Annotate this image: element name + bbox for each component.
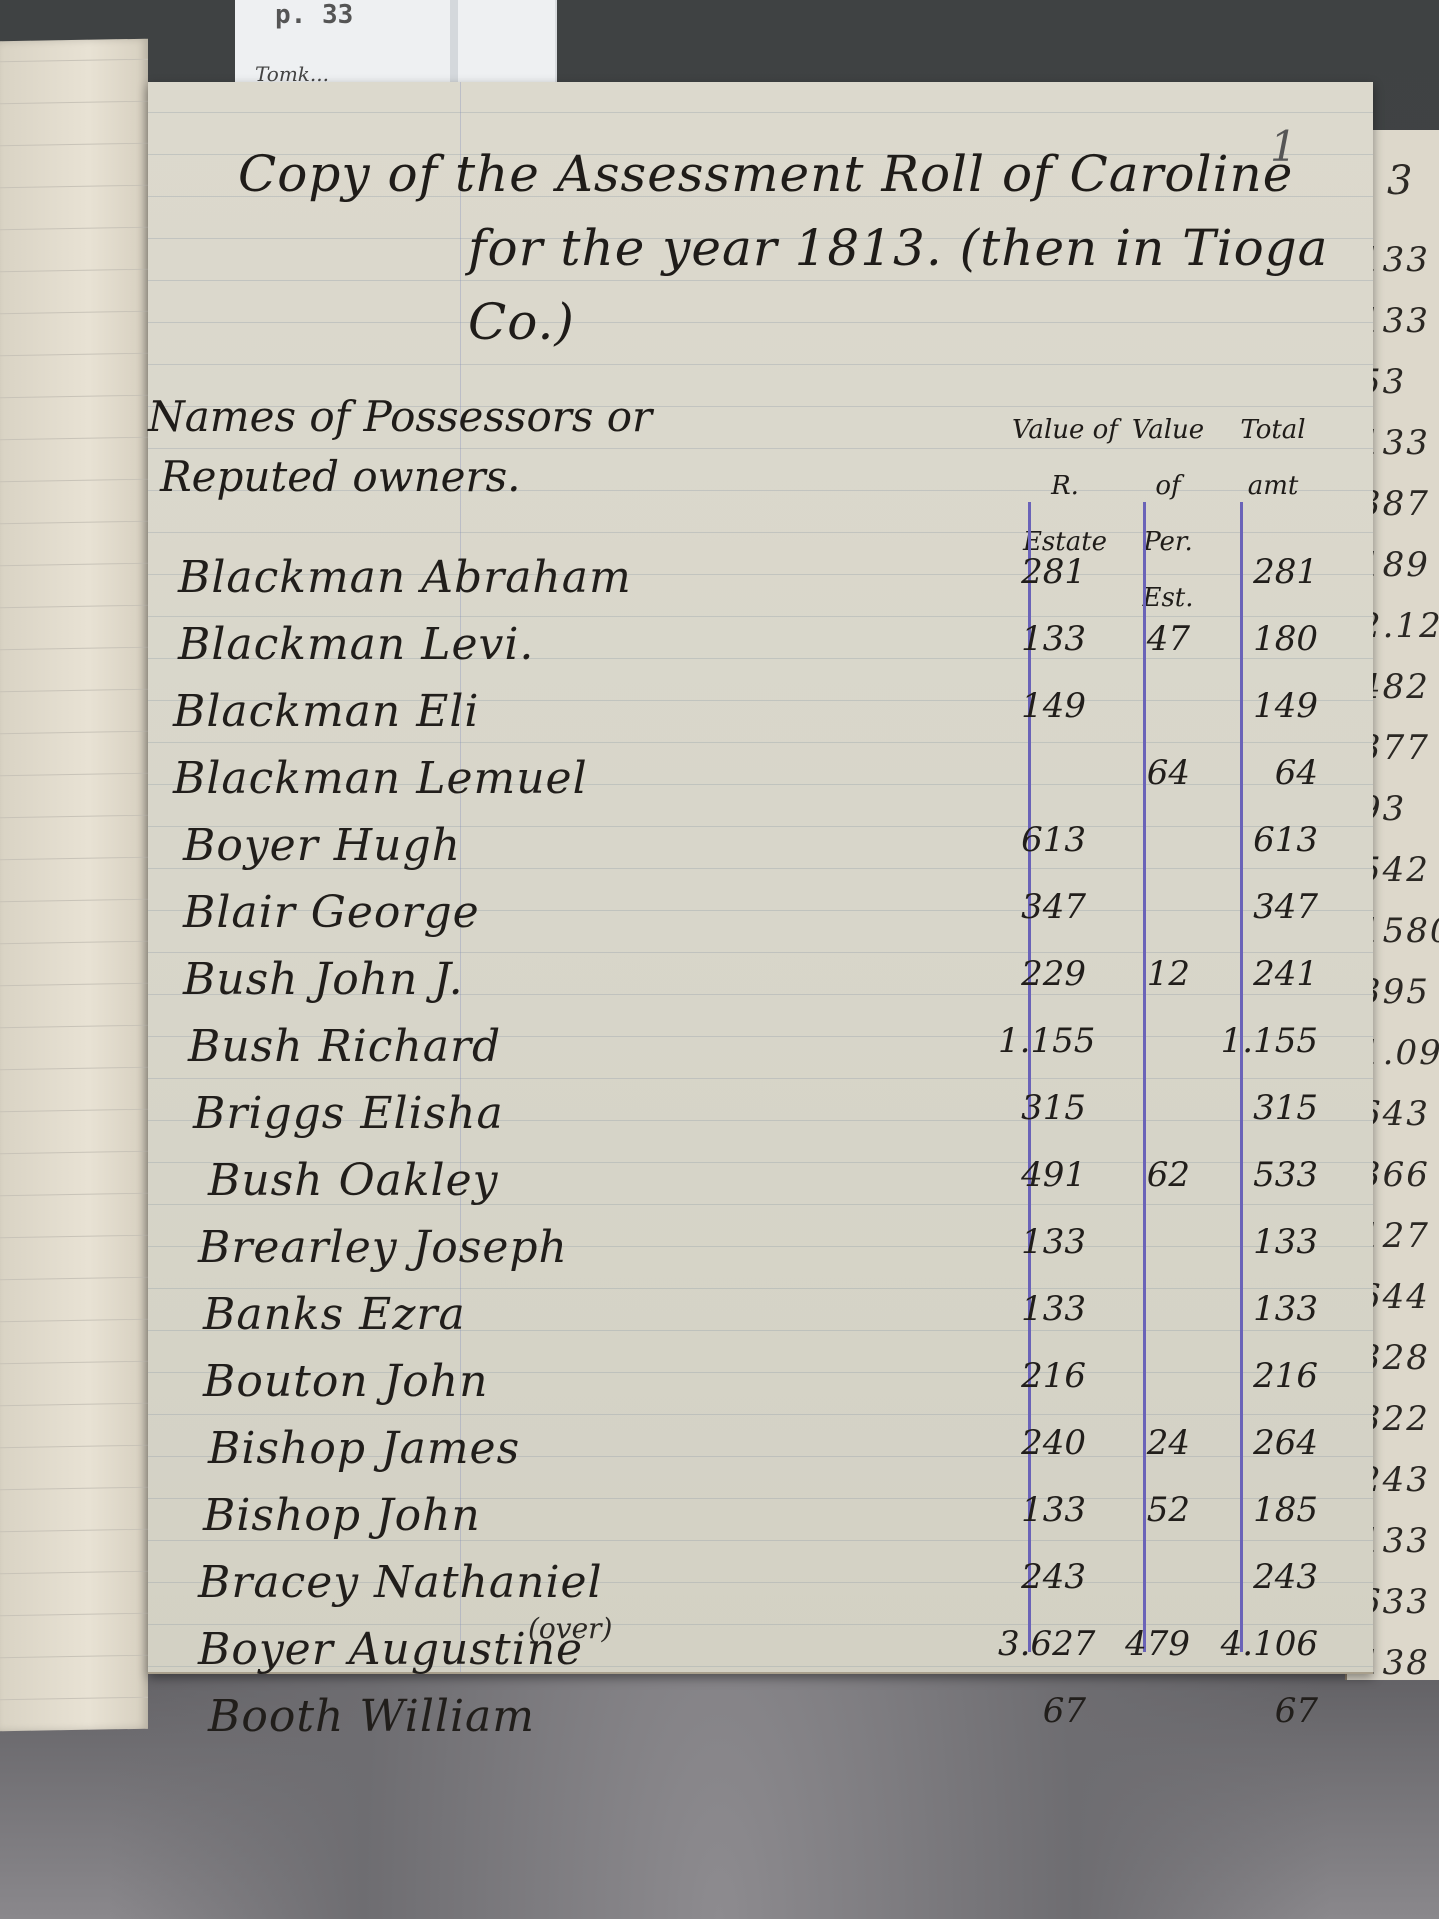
ruled-line [148,364,1373,365]
ruled-line [0,689,148,693]
owner-name: Bouton John [203,1356,488,1407]
personal-estate-value: 64 [1108,753,1190,793]
ruled-line [0,1067,148,1071]
total-amount: 133 [1208,1222,1318,1262]
real-estate-value: 240 [998,1423,1086,1463]
real-estate-value: 216 [998,1356,1086,1396]
table-row: Boyer Hugh613613 [148,820,1373,886]
real-estate-value: 229 [998,954,1086,994]
total-header-line-1: Total [1228,402,1318,458]
ruled-line [0,647,148,651]
owner-name: Booth William [208,1691,535,1742]
ruled-line [0,143,148,147]
total-amount: 67 [1208,1691,1318,1731]
owner-name: Boyer Hugh [183,820,461,871]
ruled-line [0,269,148,273]
real-estate-value: 67 [998,1691,1086,1731]
owner-name: Blackman Abraham [178,552,632,603]
real-estate-value: 133 [998,1289,1086,1329]
left-facing-page [0,39,148,1732]
total-amount: 281 [1208,552,1318,592]
total-amount: 4.106 [1208,1624,1318,1664]
owner-name: Bracey Nathaniel [198,1557,603,1608]
total-amount: 613 [1208,820,1318,860]
personal-estate-value: 62 [1108,1155,1190,1195]
ruled-line [0,1277,148,1281]
total-amount: 64 [1208,753,1318,793]
real-estate-value: 1.155 [998,1021,1086,1061]
ruled-line [0,1529,148,1533]
ruled-line [0,1361,148,1365]
ruled-line [0,983,148,987]
real-estate-header-line-1: Value of [1010,402,1120,458]
tab-reference-text: p. 33 [275,0,353,30]
names-header-line-2: Reputed owners. [148,447,652,507]
real-estate-value: 315 [998,1088,1086,1128]
names-column-header: Names of Possessors or Reputed owners. [148,387,652,507]
table-row: Blackman Eli149149 [148,686,1373,752]
table-row: Bush John J.22912241 [148,954,1373,1020]
over-note: (over) [528,1612,612,1645]
table-row: Briggs Elisha315315 [148,1088,1373,1154]
ruled-line [0,353,148,357]
owner-name: Boyer Augustine [198,1624,583,1675]
ruled-line [0,1235,148,1239]
total-amount: 533 [1208,1155,1318,1195]
personal-estate-value: 24 [1108,1423,1190,1463]
total-amount: 264 [1208,1423,1318,1463]
ruled-line [148,112,1373,113]
ruled-line [0,479,148,483]
ruled-line [0,1655,148,1659]
owner-name: Bishop John [203,1490,481,1541]
ruled-line [0,563,148,567]
owner-name: Briggs Elisha [193,1088,504,1139]
ruled-line [0,1571,148,1575]
ruled-line [0,1445,148,1449]
table-row: Banks Ezra133133 [148,1289,1373,1355]
table-row: Blackman Lemuel6464 [148,753,1373,819]
ruled-line [0,1193,148,1197]
table-row: Bishop John13352185 [148,1490,1373,1556]
total-amount: 347 [1208,887,1318,927]
ruled-line [0,311,148,315]
table-row: Blackman Abraham281281 [148,552,1373,618]
owner-name: Bishop James [208,1423,520,1474]
total-amount: 133 [1208,1289,1318,1329]
real-estate-value: 133 [998,619,1086,659]
ruled-line [0,899,148,903]
total-amount: 243 [1208,1557,1318,1597]
table-row: Blair George347347 [148,887,1373,953]
owner-name: Blackman Lemuel [173,753,588,804]
real-estate-value: 347 [998,887,1086,927]
total-amount: 1.155 [1208,1021,1318,1061]
ruled-line [0,1025,148,1029]
table-row: Booth William6767 [148,1691,1373,1757]
table-row: Brearley Joseph133133 [148,1222,1373,1288]
ledger-page: 1 Copy of the Assessment Roll of Carolin… [148,82,1373,1674]
ruled-line [0,731,148,735]
table-row: Bush Oakley49162533 [148,1155,1373,1221]
ruled-line [0,857,148,861]
real-estate-value: 133 [998,1490,1086,1530]
ruled-line [0,437,148,441]
reference-tab-slip: p. 33 Tomk... [235,0,557,84]
owner-name: Blair George [183,887,480,938]
ruled-line [0,521,148,525]
real-estate-column-header: Value of R. Estate [1010,402,1120,570]
ruled-line [0,59,148,63]
ruled-line [0,941,148,945]
owner-name: Bush John J. [183,954,464,1005]
personal-estate-value: 52 [1108,1490,1190,1530]
page-title: Copy of the Assessment Roll of Caroline … [238,137,1373,359]
personal-estate-header-line-1: Value of [1118,402,1218,514]
ruled-line [0,395,148,399]
ruled-line [0,1403,148,1407]
real-estate-value: 149 [998,686,1086,726]
owner-name: Blackman Eli [173,686,480,737]
real-estate-value: 281 [998,552,1086,592]
real-estate-value: 3.627 [998,1624,1086,1664]
ruled-line [0,227,148,231]
ruled-line [0,773,148,777]
table-row: Bishop James24024264 [148,1423,1373,1489]
total-amount: 180 [1208,619,1318,659]
owner-name: Banks Ezra [203,1289,466,1340]
total-amount: 216 [1208,1356,1318,1396]
owner-name: Brearley Joseph [198,1222,568,1273]
table-row: Bracey Nathaniel243243 [148,1557,1373,1623]
personal-estate-value: 47 [1108,619,1190,659]
ruled-line [0,1697,148,1701]
total-amount: 185 [1208,1490,1318,1530]
real-estate-value: 133 [998,1222,1086,1262]
table-row: Boyer Augustine3.6274794.106 [148,1624,1373,1690]
owner-name: Bush Oakley [208,1155,499,1206]
owner-name: Blackman Levi. [178,619,534,670]
adjacent-page-number: 3 [1387,158,1412,204]
table-row: Blackman Levi.13347180 [148,619,1373,685]
real-estate-value: 243 [998,1557,1086,1597]
total-amount: 241 [1208,954,1318,994]
real-estate-value: 613 [998,820,1086,860]
ruled-line [0,1319,148,1323]
ruled-line [0,1487,148,1491]
tab-fold [450,0,458,84]
table-row: Bush Richard1.1551.155 [148,1021,1373,1087]
names-header-line-1: Names of Possessors or [148,387,652,447]
title-line-2: for the year 1813. (then in Tioga Co.) [238,211,1373,359]
owner-name: Bush Richard [188,1021,501,1072]
real-estate-value: 491 [998,1155,1086,1195]
ruled-line [0,605,148,609]
ruled-line [0,101,148,105]
table-row: Bouton John216216 [148,1356,1373,1422]
personal-estate-value: 12 [1108,954,1190,994]
total-column-header: Total amt [1228,402,1318,514]
total-amount: 315 [1208,1088,1318,1128]
ruled-line [0,1151,148,1155]
total-amount: 149 [1208,686,1318,726]
ruled-line [0,185,148,189]
ruled-line [0,1109,148,1113]
ruled-line [0,1613,148,1617]
title-line-1: Copy of the Assessment Roll of Caroline [238,145,1293,203]
ruled-line [0,815,148,819]
personal-estate-value: 479 [1108,1624,1190,1664]
